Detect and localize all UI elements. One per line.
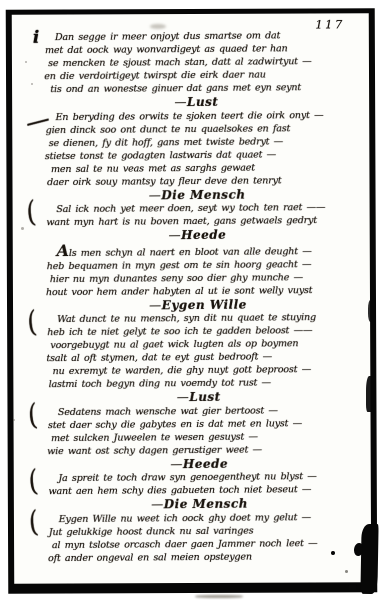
- heading-swash: —: [151, 497, 162, 511]
- speaker-heading-label: Die Mensch: [161, 187, 245, 202]
- speech-block: Als men schyn al naert en bloot van alle…: [44, 241, 364, 299]
- ink-blot: [360, 524, 378, 594]
- ink-speck: [25, 61, 27, 63]
- heading-swash: —: [149, 298, 160, 312]
- heading-swash: —: [177, 390, 188, 404]
- heading-swash: —: [149, 188, 160, 202]
- speech-block: Sal ick noch yet meer doen, seyt wy toch…: [43, 201, 363, 230]
- manuscript-scan: { "page": { "folio_number": "117", "marg…: [0, 0, 382, 600]
- ink-speck: [21, 227, 24, 230]
- speaker-heading-label: Heede: [181, 228, 226, 242]
- heading-swash: —: [170, 457, 181, 471]
- speech-block: En beryding des orwits te sjoken teert d…: [43, 108, 364, 189]
- speech-block: Sedatens mach wensche wat gier bertoost …: [45, 403, 365, 458]
- ink-speck: [345, 570, 348, 573]
- ink-blot: [368, 300, 374, 322]
- ink-blot: [348, 584, 357, 591]
- heading-swash: —: [169, 228, 180, 242]
- speech-block: Wat dunct te nu mensch, syn dit nu quaet…: [44, 311, 365, 392]
- speaker-heading-label: Lust: [187, 95, 219, 109]
- speaker-heading-label: Heede: [183, 456, 228, 470]
- manuscript-text: Dan segge ir meer onjoyt dus smartse om …: [42, 29, 366, 565]
- speech-block: Ja spreit te toch draw syn genoegentheyt…: [45, 470, 365, 499]
- scan-smudge: [195, 595, 243, 598]
- ink-blot: [366, 376, 374, 412]
- manuscript-page: 117 i Dan segge ir meer onjoyt dus smart…: [12, 13, 371, 584]
- ink-speck: [13, 419, 15, 421]
- margin-annotation-mark: i: [33, 28, 40, 48]
- page-frame: 117 i Dan segge ir meer onjoyt dus smart…: [6, 8, 378, 594]
- heading-swash: —: [174, 95, 185, 109]
- ink-speck: [31, 83, 33, 85]
- speech-line: oft ander ongeval en sal meien opsteygen: [46, 549, 366, 565]
- speech-block: Eygen Wille nu weet ich oock ghy doet my…: [46, 510, 366, 565]
- speaker-heading-label: Eygen Wille: [162, 297, 247, 312]
- speaker-heading-label: Lust: [189, 390, 221, 404]
- scan-smudge: [150, 24, 166, 29]
- ink-blot: [331, 551, 335, 555]
- speech-block: Dan segge ir meer onjoyt dus smartse om …: [42, 29, 363, 97]
- speaker-heading-label: Die Mensch: [164, 497, 248, 512]
